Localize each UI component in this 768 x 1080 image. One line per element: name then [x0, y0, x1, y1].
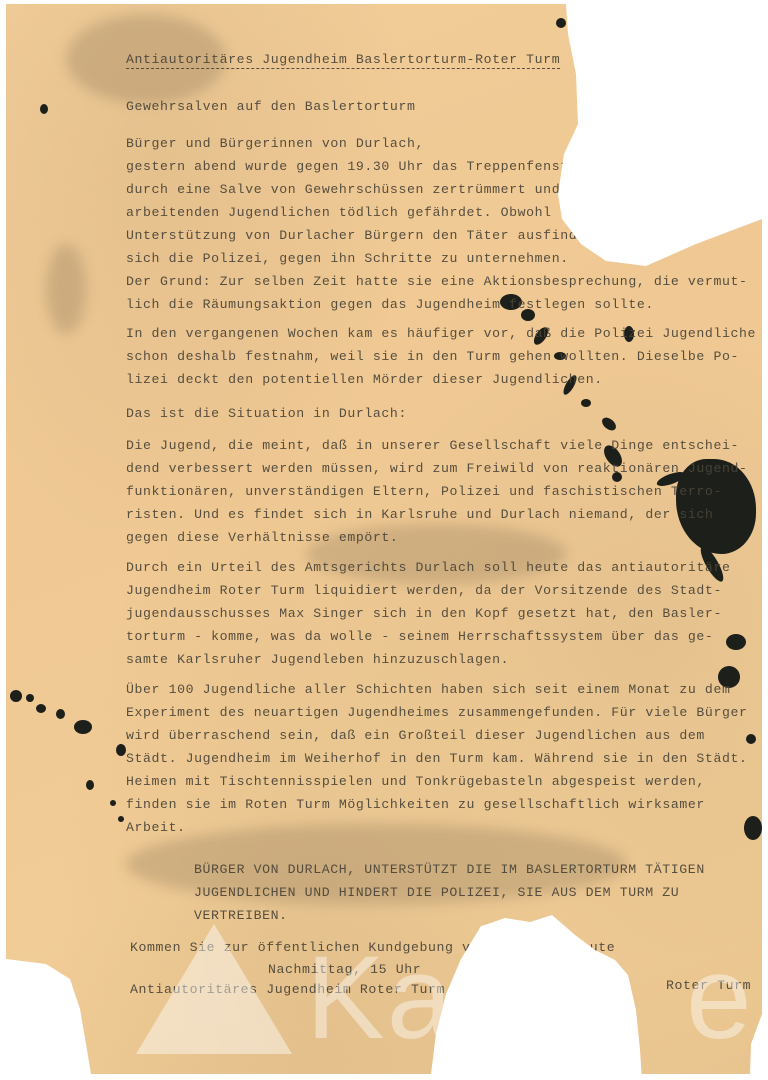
torn-hole — [0, 0, 768, 1080]
